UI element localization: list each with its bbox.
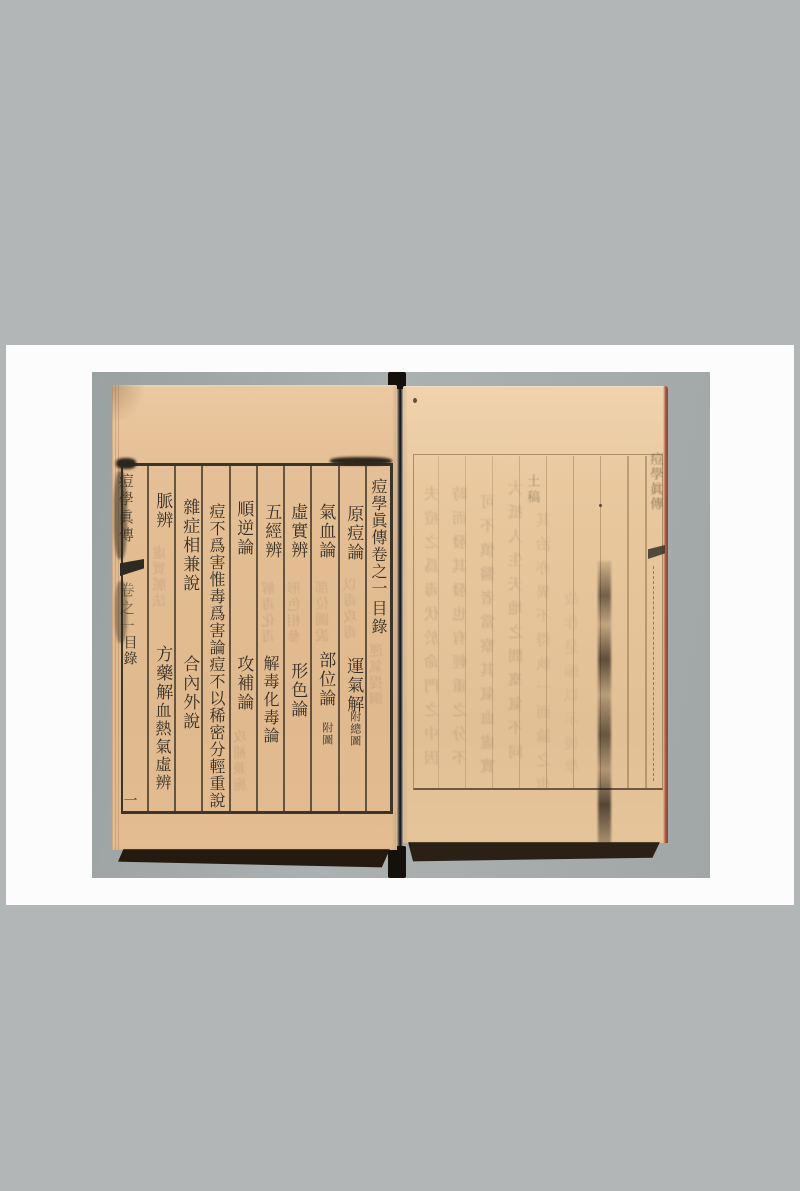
toc-entry: 解毒化毒論: [260, 655, 280, 745]
ghost-text: 運氣提綱: [369, 643, 387, 707]
bleedthrough-text: 大抵人生天地之間稟氣不同: [507, 480, 525, 768]
text-block-edge-right: [408, 842, 660, 863]
toc-entry: 雜症相兼說: [178, 498, 199, 593]
toc-entry: 運氣解: [342, 657, 363, 714]
ghost-text: 解毒化毒: [261, 581, 279, 645]
toc-entry: 原痘論: [342, 505, 363, 562]
ink-smudge: [116, 458, 136, 469]
toc-entry: 方藥解: [151, 645, 172, 702]
book-photo: 痘學眞傳 卷之一 目錄 一 痘學眞傳卷之一 目錄 運氣提綱 原痘論 以毒攻毒 運…: [92, 372, 710, 878]
bleedthrough-text: 故作是編以示後學: [563, 591, 581, 783]
ghost-text: 以毒攻毒: [343, 577, 361, 641]
column-line: [174, 466, 176, 811]
toc-entry: 血熱氣虛辨: [152, 702, 172, 792]
column-line: [147, 466, 149, 811]
column-line: [338, 466, 340, 811]
page-corner-shade: [112, 385, 146, 425]
banxin-volume: 卷之一: [117, 582, 136, 636]
left-page: 痘學眞傳 卷之一 目錄 一 痘學眞傳卷之一 目錄 運氣提綱 原痘論 以毒攻毒 運…: [112, 385, 397, 850]
column-line: [256, 466, 258, 811]
ink-streak: [598, 561, 611, 843]
banxin-section: 目錄: [120, 635, 138, 667]
toc-entry-long: 痘不爲害惟毒爲害論痘不以稀密分輕重說: [206, 503, 226, 809]
bleedthrough-text: 夫痘之爲毒伏於命門之中因: [423, 486, 441, 774]
column-line: [283, 466, 285, 811]
toc-volume-title: 痘學眞傳卷之一: [368, 478, 388, 597]
toc-entry: 部位論: [314, 651, 335, 708]
column-line: [365, 466, 367, 811]
bleedthrough-text: 時而發其發也有輕重之分不: [451, 486, 469, 774]
photo-mat: 痘學眞傳 卷之一 目錄 一 痘學眞傳卷之一 目錄 運氣提綱 原痘論 以毒攻毒 運…: [6, 345, 794, 905]
toc-entry: 順逆論: [232, 500, 253, 557]
toc-entry-note: 附總圖: [348, 711, 362, 747]
column-line: [229, 466, 231, 811]
column-line-faint: [627, 456, 629, 788]
toc-entry-note: 附圖: [320, 722, 334, 746]
toc-entry: 脈辨: [151, 492, 172, 530]
bleedthrough-text: 可不慎醫者當察其氣血虛實: [479, 494, 497, 782]
toc-entry: 五經辨: [260, 503, 281, 560]
banxin-page-number: 一: [120, 793, 138, 809]
ink-speck: [599, 504, 602, 507]
column-line: [310, 466, 312, 811]
dashed-fold-line: [653, 566, 654, 781]
banxin-ghost-title: 痘學眞傳: [646, 452, 662, 512]
toc-entry: 攻補論: [232, 655, 253, 712]
text-block-edge-left: [118, 849, 390, 872]
ink-speck: [413, 398, 417, 403]
ghost-text: 虛實脈法: [152, 545, 170, 609]
toc-section-label: 目錄: [368, 600, 388, 636]
toc-entry: 形色論: [286, 662, 307, 719]
right-page: 痘學眞傳 土稿 夫痘之爲毒伏於命門之中因 時而發其發也有輕重之分不 可不慎醫者當…: [403, 386, 668, 843]
spine-tab-bottom: [388, 846, 406, 878]
annotation-text: 土稿: [523, 474, 539, 506]
toc-entry: 合內外說: [178, 655, 199, 731]
toc-entry: 氣血論: [314, 503, 335, 560]
toc-entry: 虛實辨: [286, 503, 307, 560]
cover-red-edge: [663, 386, 668, 843]
column-line: [201, 466, 203, 811]
ink-smudge: [330, 457, 392, 465]
banxin-title: 痘學眞傳: [116, 473, 135, 545]
ghost-text: 形色相參: [287, 581, 305, 645]
screenshot-root: 痘學眞傳 卷之一 目錄 一 痘學眞傳卷之一 目錄 運氣提綱 原痘論 以毒攻毒 運…: [0, 0, 800, 1191]
ghost-text: 部位圖說: [315, 580, 333, 644]
ghost-text: 攻補兼施: [233, 729, 251, 793]
bleedthrough-text: 其治亦異不得執一而論之也: [535, 512, 553, 800]
